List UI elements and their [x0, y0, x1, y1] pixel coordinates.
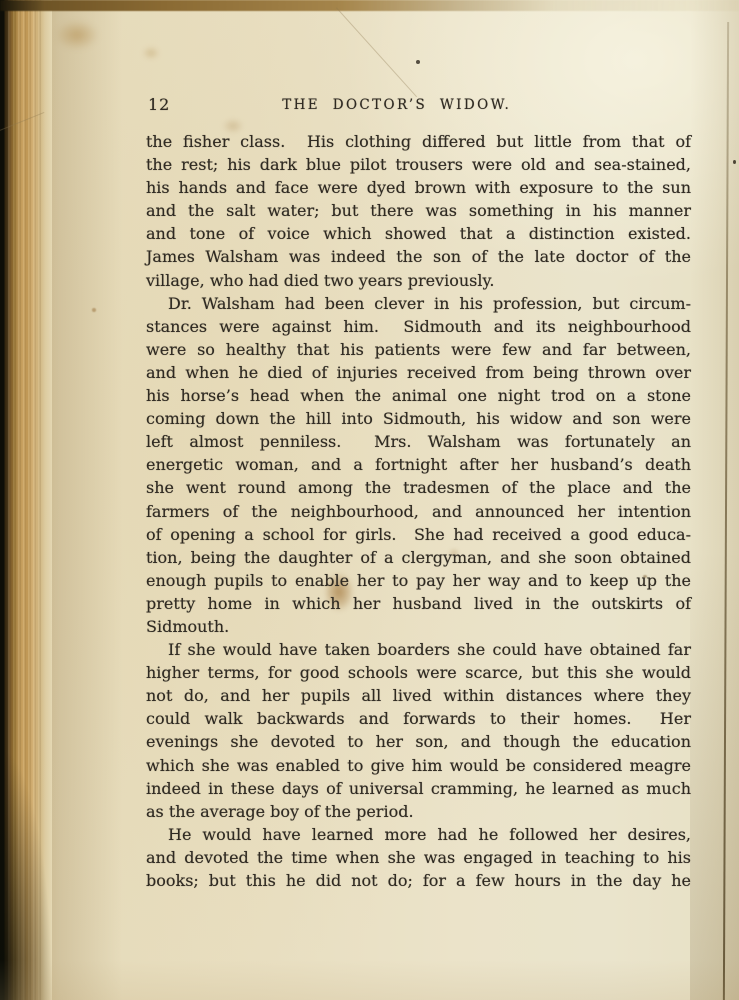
text-line: tion, being the daughter of a clergyman,… — [146, 546, 691, 569]
text-line: the rest; his dark blue pilot trousers w… — [146, 153, 691, 176]
text-line: pretty home in which her husband lived i… — [146, 592, 691, 615]
paragraph: He would have learned more had he follow… — [146, 823, 691, 892]
right-page-curl-shade — [690, 0, 739, 1000]
text-line: enough pupils to enable her to pay her w… — [146, 569, 691, 592]
text-line: stances were against him. Sidmouth and i… — [146, 315, 691, 338]
text-line: higher terms, for good schools were scar… — [146, 661, 691, 684]
text-line: village, who had died two years previous… — [146, 269, 691, 292]
text-line: which she was enabled to give him would … — [146, 754, 691, 777]
text-line: evenings she devoted to her son, and tho… — [146, 730, 691, 753]
text-line: were so healthy that his patients were f… — [146, 338, 691, 361]
text-line: not do, and her pupils all lived within … — [146, 684, 691, 707]
top-page-edge-band — [0, 0, 739, 11]
foxing-spot — [142, 46, 160, 60]
scanned-book-page: 12 THE DOCTOR’S WIDOW. the fisher class.… — [0, 0, 739, 1000]
text-line: energetic woman, and a fortnight after h… — [146, 453, 691, 476]
text-line: she went round among the tradesmen of th… — [146, 476, 691, 499]
text-line: and tone of voice which showed that a di… — [146, 222, 691, 245]
text-line: He would have learned more had he follow… — [146, 823, 691, 846]
text-line: his hands and face were dyed brown with … — [146, 176, 691, 199]
text-line: If she would have taken boarders she cou… — [146, 638, 691, 661]
page-header: 12 THE DOCTOR’S WIDOW. — [146, 95, 691, 117]
text-line: books; but this he did not do; for a few… — [146, 869, 691, 892]
text-line: left almost penniless. Mrs. Walsham was … — [146, 430, 691, 453]
bottom-page-shade — [0, 960, 739, 1000]
paragraph: Dr. Walsham had been clever in his profe… — [146, 292, 691, 638]
running-title: THE DOCTOR’S WIDOW. — [282, 97, 511, 113]
text-line: indeed in these days of universal crammi… — [146, 777, 691, 800]
text-line: of opening a school for girls. She had r… — [146, 523, 691, 546]
gutter-shadow — [52, 0, 122, 1000]
text-line: could walk backwards and forwards to the… — [146, 707, 691, 730]
text-line: Dr. Walsham had been clever in his profe… — [146, 292, 691, 315]
text-line: and devoted the time when she was engage… — [146, 846, 691, 869]
text-line: coming down the hill into Sidmouth, his … — [146, 407, 691, 430]
paragraph: If she would have taken boarders she cou… — [146, 638, 691, 823]
text-block: the fisher class. His clothing differed … — [146, 130, 691, 892]
page-number: 12 — [148, 95, 170, 114]
text-line: and the salt water; but there was someth… — [146, 199, 691, 222]
paper-crease — [336, 7, 417, 97]
ink-speck — [416, 60, 420, 64]
text-line: farmers of the neighbourhood, and announ… — [146, 500, 691, 523]
text-line: Sidmouth. — [146, 615, 691, 638]
text-line: the fisher class. His clothing differed … — [146, 130, 691, 153]
text-line: his horse’s head when the animal one nig… — [146, 384, 691, 407]
text-line: as the average boy of the period. — [146, 800, 691, 823]
text-line: and when he died of injuries received fr… — [146, 361, 691, 384]
paragraph: the fisher class. His clothing differed … — [146, 130, 691, 292]
text-line: James Walsham was indeed the son of the … — [146, 245, 691, 268]
